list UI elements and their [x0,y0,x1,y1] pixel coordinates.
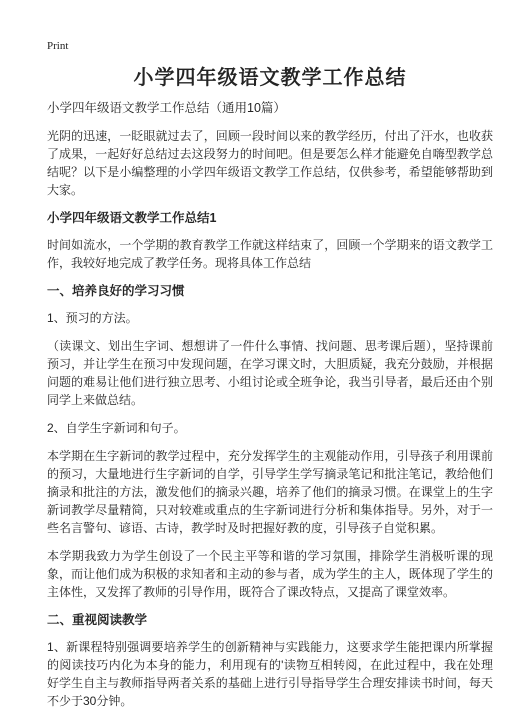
section-study-habits-heading: 一、培养良好的学习习惯 [47,282,493,300]
article-1-lead-paragraph: 时间如流水，一个学期的教育教学工作就这样结束了，回顾一个学期来的语文教学工作，我… [47,236,493,272]
reading-point-1-paragraph: 1、新课程特别强调要培养学生的创新精神与实践能力，这要求学生能把课内所掌握的阅读… [47,638,493,710]
print-link[interactable]: Print [47,41,68,52]
point-2-detail-paragraph: 本学期在生字新词的教学过程中，充分发挥学生的主观能动作用，引导孩子利用课前的预习… [47,447,493,537]
document-subtitle: 小学四年级语文教学工作总结（通用10篇） [47,100,493,116]
article-1-heading: 小学四年级语文教学工作总结1 [47,209,493,227]
intro-paragraph: 光阴的迅速，一眨眼就过去了，回顾一段时间以来的教学经历，付出了汗水，也收获了成果… [47,127,493,199]
point-1-preview-method-paragraph: 1、预习的方法。 [47,309,493,327]
classroom-atmosphere-paragraph: 本学期我致力为学生创设了一个民主平等和谐的学习氛围，排除学生消极听课的现象，而让… [47,547,493,601]
point-2-self-study-paragraph: 2、自学生字新词和句子。 [47,419,493,437]
document-page: Print 小学四年级语文教学工作总结 小学四年级语文教学工作总结（通用10篇）… [0,0,520,718]
point-1-detail-paragraph: （读课文、划出生字词、想想讲了一件什么事情、找问题、思考课后题），坚持课前预习，… [47,337,493,409]
section-reading-teaching-heading: 二、重视阅读教学 [47,611,493,629]
document-title: 小学四年级语文教学工作总结 [47,66,493,90]
